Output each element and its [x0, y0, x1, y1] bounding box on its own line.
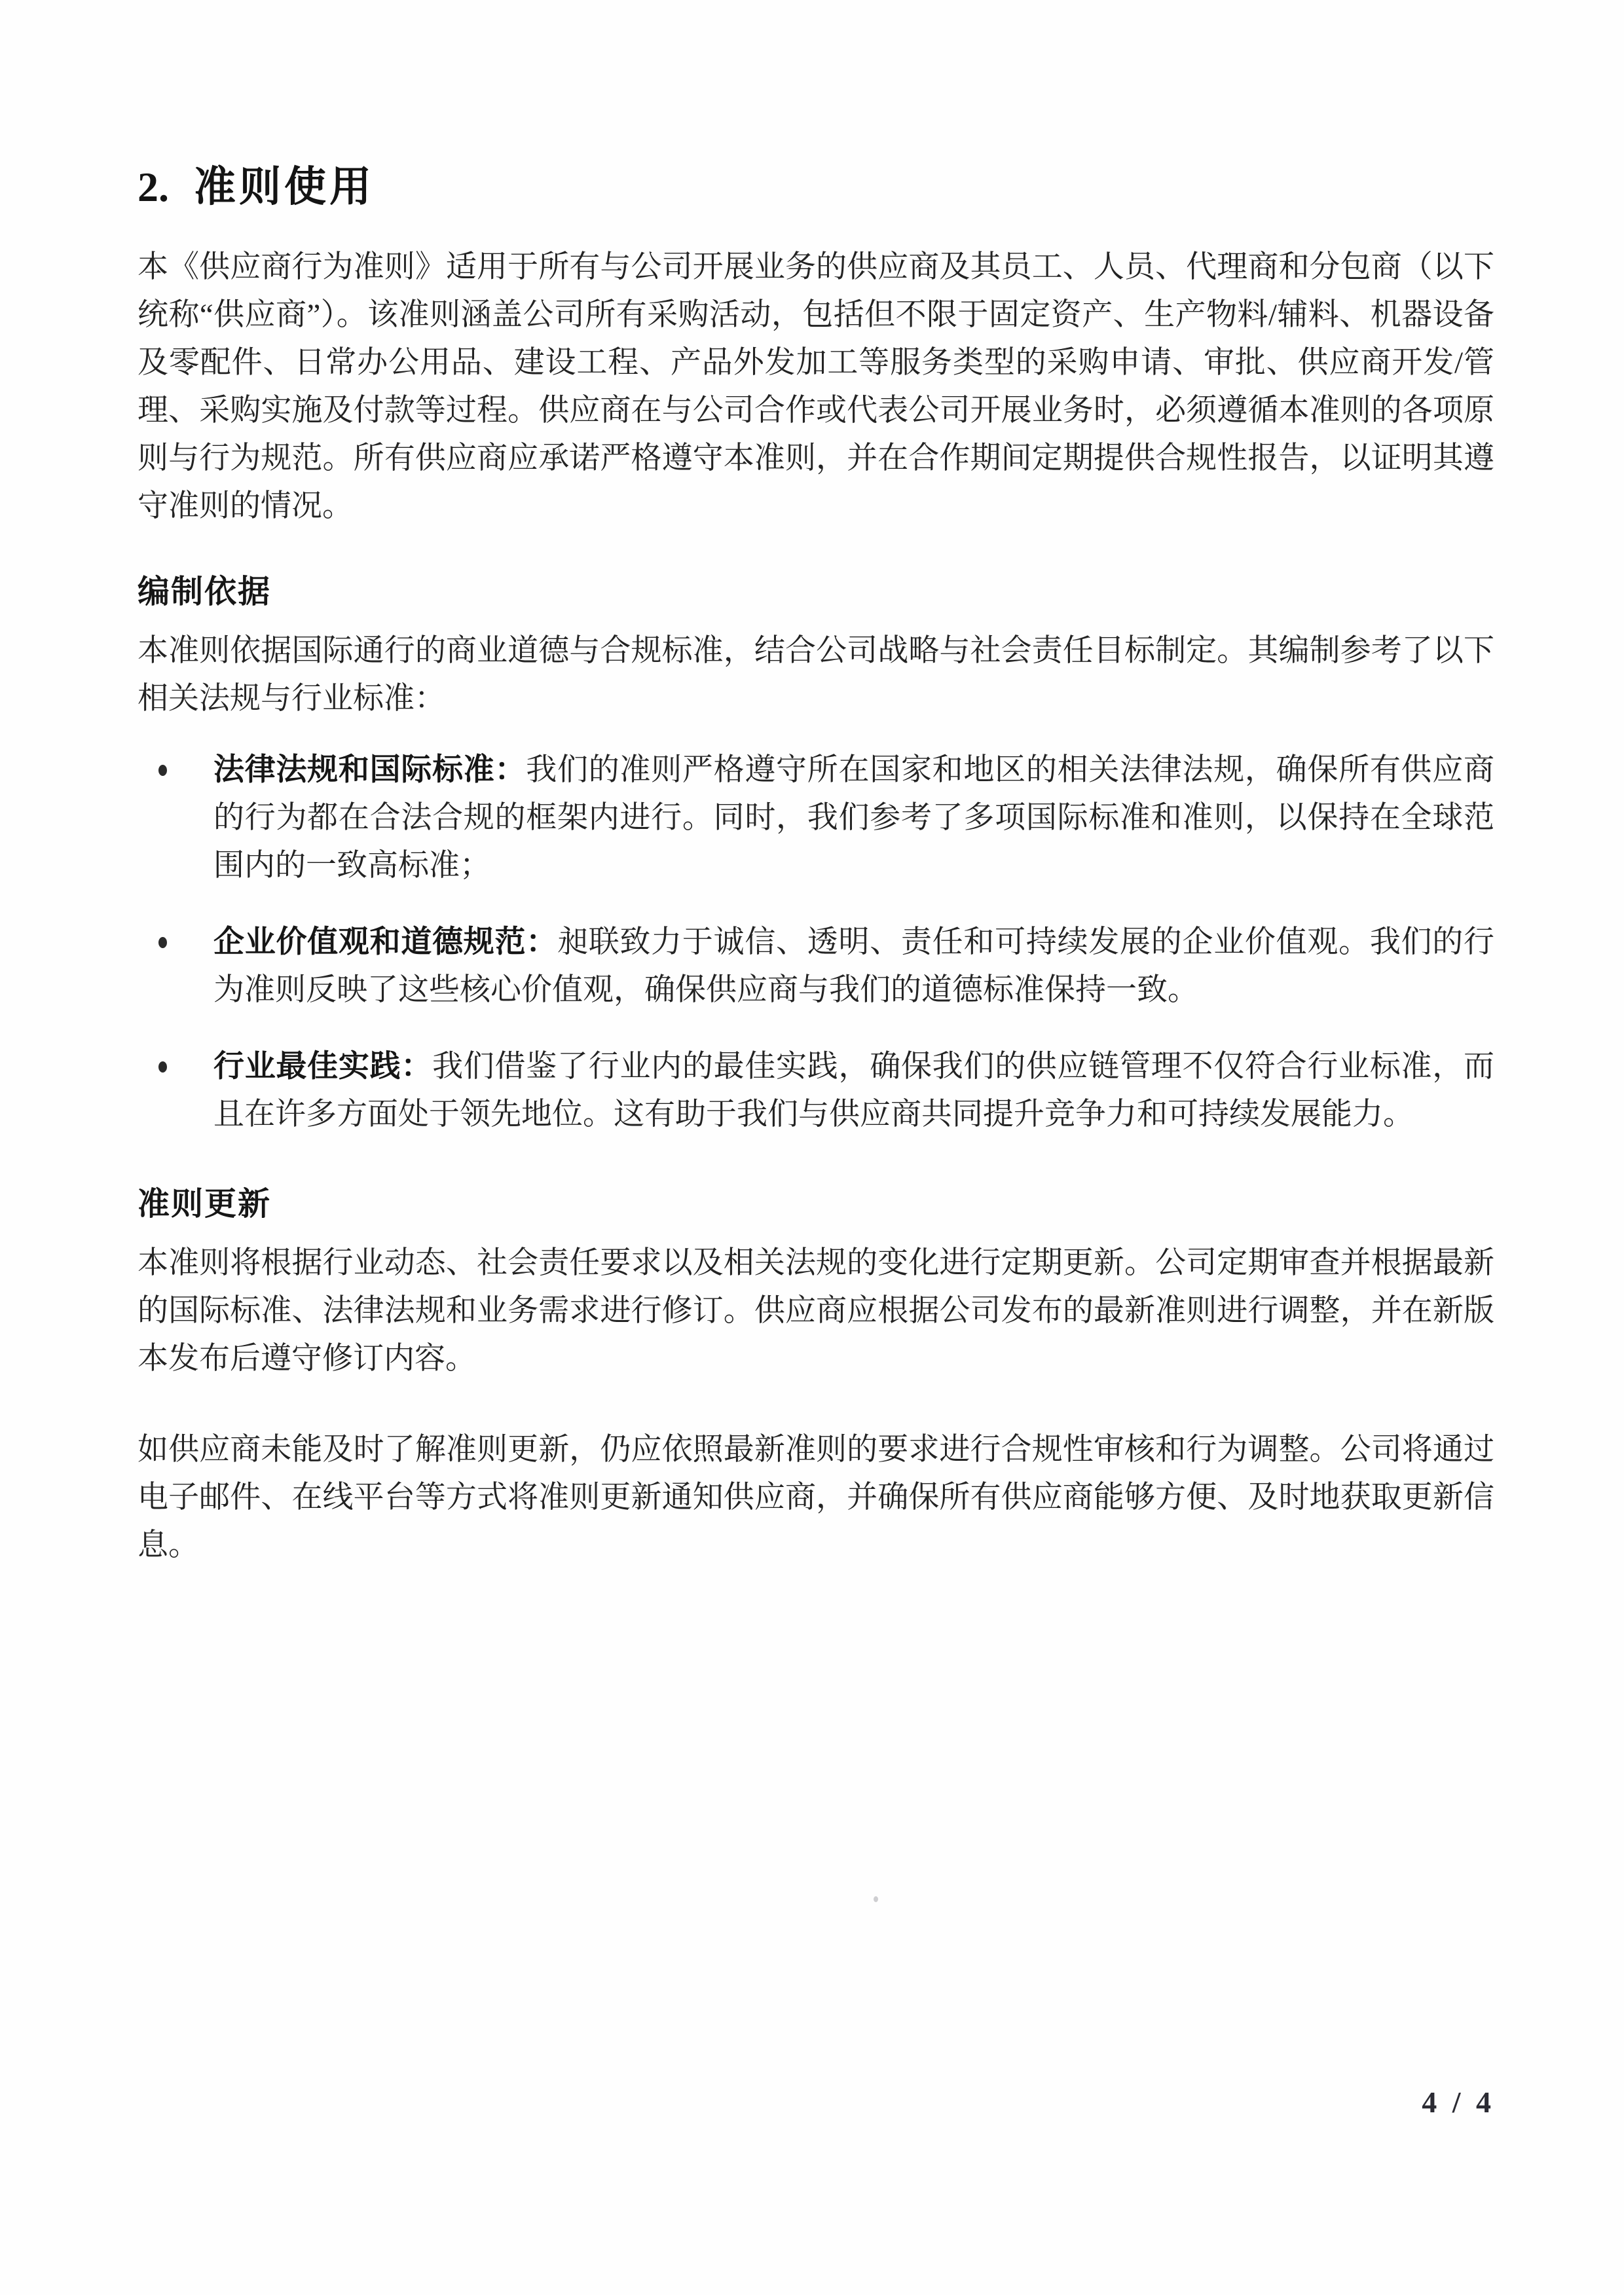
- bullet-lead: 企业价值观和道德规范：: [213, 925, 557, 959]
- subheading-code-update: 准则更新: [138, 1184, 1494, 1224]
- bullet-icon: [158, 765, 167, 776]
- section-title: 2.准则使用: [138, 161, 1494, 213]
- subheading-compilation-basis: 编制依据: [138, 572, 1494, 612]
- intro-paragraph: 本《供应商行为准则》适用于所有与公司开展业务的供应商及其员工、人员、代理商和分包…: [138, 244, 1494, 530]
- bullet-icon: [158, 937, 167, 948]
- code-update-paragraph-2: 如供应商未能及时了解准则更新，仍应依照最新准则的要求进行合规性审核和行为调整。公…: [138, 1426, 1494, 1570]
- bullet-lead: 法律法规和国际标准：: [213, 753, 526, 787]
- section-number: 2.: [138, 164, 169, 210]
- bullet-item-laws: 法律法规和国际标准：我们的准则严格遵守所在国家和地区的相关法律法规，确保所有供应…: [138, 746, 1494, 890]
- bullet-item-best-practice: 行业最佳实践：我们借鉴了行业内的最佳实践，确保我们的供应链管理不仅符合行业标准，…: [138, 1043, 1494, 1139]
- section-title-text: 准则使用: [194, 164, 375, 210]
- scan-artifact-speck: [874, 1896, 878, 1902]
- bullet-lead: 行业最佳实践：: [213, 1050, 432, 1084]
- code-update-paragraph-1: 本准则将根据行业动态、社会责任要求以及相关法规的变化进行定期更新。公司定期审查并…: [138, 1239, 1494, 1383]
- compilation-basis-paragraph: 本准则依据国际通行的商业道德与合规标准，结合公司战略与社会责任目标制定。其编制参…: [138, 627, 1494, 723]
- document-page: 2.准则使用 本《供应商行为准则》适用于所有与公司开展业务的供应商及其员工、人员…: [0, 0, 1624, 2295]
- bullet-item-values: 企业价值观和道德规范：昶联致力于诚信、透明、责任和可持续发展的企业价值观。我们的…: [138, 919, 1494, 1014]
- reference-bullet-list: 法律法规和国际标准：我们的准则严格遵守所在国家和地区的相关法律法规，确保所有供应…: [138, 746, 1494, 1139]
- page-number: 4 / 4: [1422, 2085, 1495, 2120]
- bullet-icon: [158, 1061, 167, 1073]
- page-content: 2.准则使用 本《供应商行为准则》适用于所有与公司开展业务的供应商及其员工、人员…: [138, 161, 1494, 1570]
